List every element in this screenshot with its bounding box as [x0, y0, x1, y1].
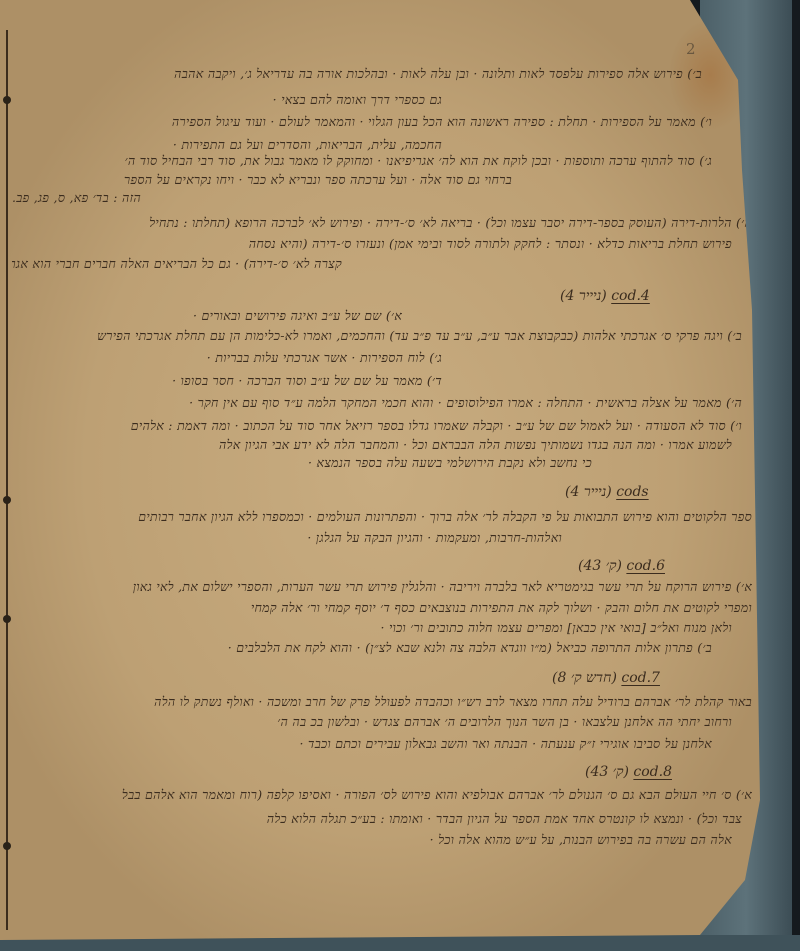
manuscript-page: 2 ב׳) פירוש אלה ספירות עלפסד לאות ותלונה…	[0, 0, 772, 940]
manuscript-line: כי נחשב ולא נקבת הירושלמי בשעה עלה בספר …	[12, 455, 592, 471]
section-note: (4 ניייר)	[565, 484, 612, 500]
manuscript-line: א׳) שם של ע״ב ואיגה פירושים ובאורים ·	[22, 308, 402, 324]
manuscript-line: ו׳) סוד לא הסעודה · ועל לאמול שם של ע״ב …	[12, 418, 742, 434]
codex-label: cod.8	[633, 764, 672, 780]
manuscript-line: ואלהות-חרבות, ומעקמות · והגיון הבקה על ה…	[12, 530, 562, 546]
codex-label: cod.7	[621, 670, 660, 686]
manuscript-line: ג׳) לוח הספירות · אשר אגרכתי עלות בבריות…	[22, 350, 442, 366]
manuscript-line: ב׳) פתרון אלות התרופה כביאל (מ״ו ווגדא ה…	[12, 640, 712, 656]
manuscript-line: החכמה, עלית, הבריאות, והסדרים ועל גם התפ…	[42, 137, 442, 153]
codex-label: cods	[616, 484, 648, 500]
manuscript-line: אלחנן על סביבו אוגירי ז״ק ענעתה · הבנתה …	[12, 736, 712, 752]
section-heading-cod5: (4 ניייר) cods	[565, 484, 649, 501]
binding-stitch	[3, 842, 11, 850]
manuscript-line: לשמוע אמרו · ומה הנה בגדו נשמותיך נפשות …	[12, 437, 732, 453]
section-heading-cod7: (חדש ק׳ 8) cod.7	[552, 670, 660, 687]
manuscript-line: ה׳) הלרות-דירה (העוסק בספר-דירה יסבר עצמ…	[12, 215, 752, 231]
manuscript-line: קצרה לא׳ ס׳-דירה) · גם כל הבריאים האלה ח…	[12, 256, 342, 272]
binding-stitch	[3, 496, 11, 504]
manuscript-line: ו׳) מאמר על הספירות · תחלת : ספירה ראשונ…	[12, 114, 712, 130]
manuscript-line: באור קהלת לר׳ אברהם ברודיל עלה תחרו מצאר…	[12, 694, 752, 710]
manuscript-line: פירוש תחלת בריאות כדלא · ונסתר : לחקק ול…	[12, 236, 732, 252]
manuscript-line: ורחוב יחתי הה אלחנן עלצבאו · בן השר הנוך…	[12, 714, 732, 730]
page-number: 2	[686, 40, 696, 58]
manuscript-line: ב׳) ויגה פרקי ס׳ אגרכתי אלהות (כבקבוצת א…	[12, 328, 742, 344]
manuscript-line: ד׳) מאמר על שם של ע״ב וסוד הברכה · חסר ב…	[22, 373, 442, 389]
section-heading-cod4: (ניייר 4) cod.4	[560, 288, 650, 305]
binding-stitch	[3, 615, 11, 623]
manuscript-line: ומפרי לקוטים את חלום והבק · ושלוך לקה את…	[12, 600, 752, 616]
manuscript-line: א׳) ס׳ חיי העולם הבא גם ס׳ הגנולם לר׳ אב…	[12, 787, 752, 803]
binding-stitch	[3, 96, 11, 104]
codex-label: cod.4	[611, 288, 650, 304]
codex-label: cod.6	[626, 558, 665, 574]
section-note: (43 ק׳)	[578, 558, 622, 574]
manuscript-line: ספר הלקוטים והוא פירוש התבואות על פי הקב…	[12, 509, 752, 525]
manuscript-line: הזה : בד׳ פא, ס, פג, פב.	[12, 190, 712, 206]
manuscript-line: גם כספרי דרך ואומה להם בצאי ·	[42, 92, 442, 108]
manuscript-line: ב׳) פירוש אלה ספירות עלפסד לאות ותלונה ·…	[12, 66, 702, 82]
section-heading-cod6: (43 ק׳) cod.6	[578, 558, 665, 575]
manuscript-line: ברחוי גם סוד אלה · ועל ערכתה ספר ונבריא …	[12, 172, 512, 188]
manuscript-line: ה׳) מאמר על אצלה בראשית · התחלה : אמרו ה…	[12, 395, 742, 411]
manuscript-line: אלה הם עשרה בה בפירוש הבנות, על ע״ש מהוא…	[12, 832, 732, 848]
manuscript-line: ולאן מנוח ואל״ב [בואי אין כבאן] ומפרים ע…	[12, 620, 732, 636]
section-note: (43 ק׳)	[585, 764, 629, 780]
manuscript-line: א׳) פירוש הרוקח על תרי עשר בגימטריא לאר …	[12, 579, 752, 595]
manuscript-line: ג׳) סוד להתוף ערכה ותוספות · ובכן לוקח א…	[2, 153, 712, 169]
manuscript-line: צבד וכל) · ונמצא לו קונטרס אחד אמת הספר …	[12, 811, 742, 827]
section-heading-cod8: (43 ק׳) cod.8	[585, 764, 672, 781]
section-note: (ניייר 4)	[560, 288, 607, 304]
section-note: (חדש ק׳ 8)	[552, 670, 617, 686]
